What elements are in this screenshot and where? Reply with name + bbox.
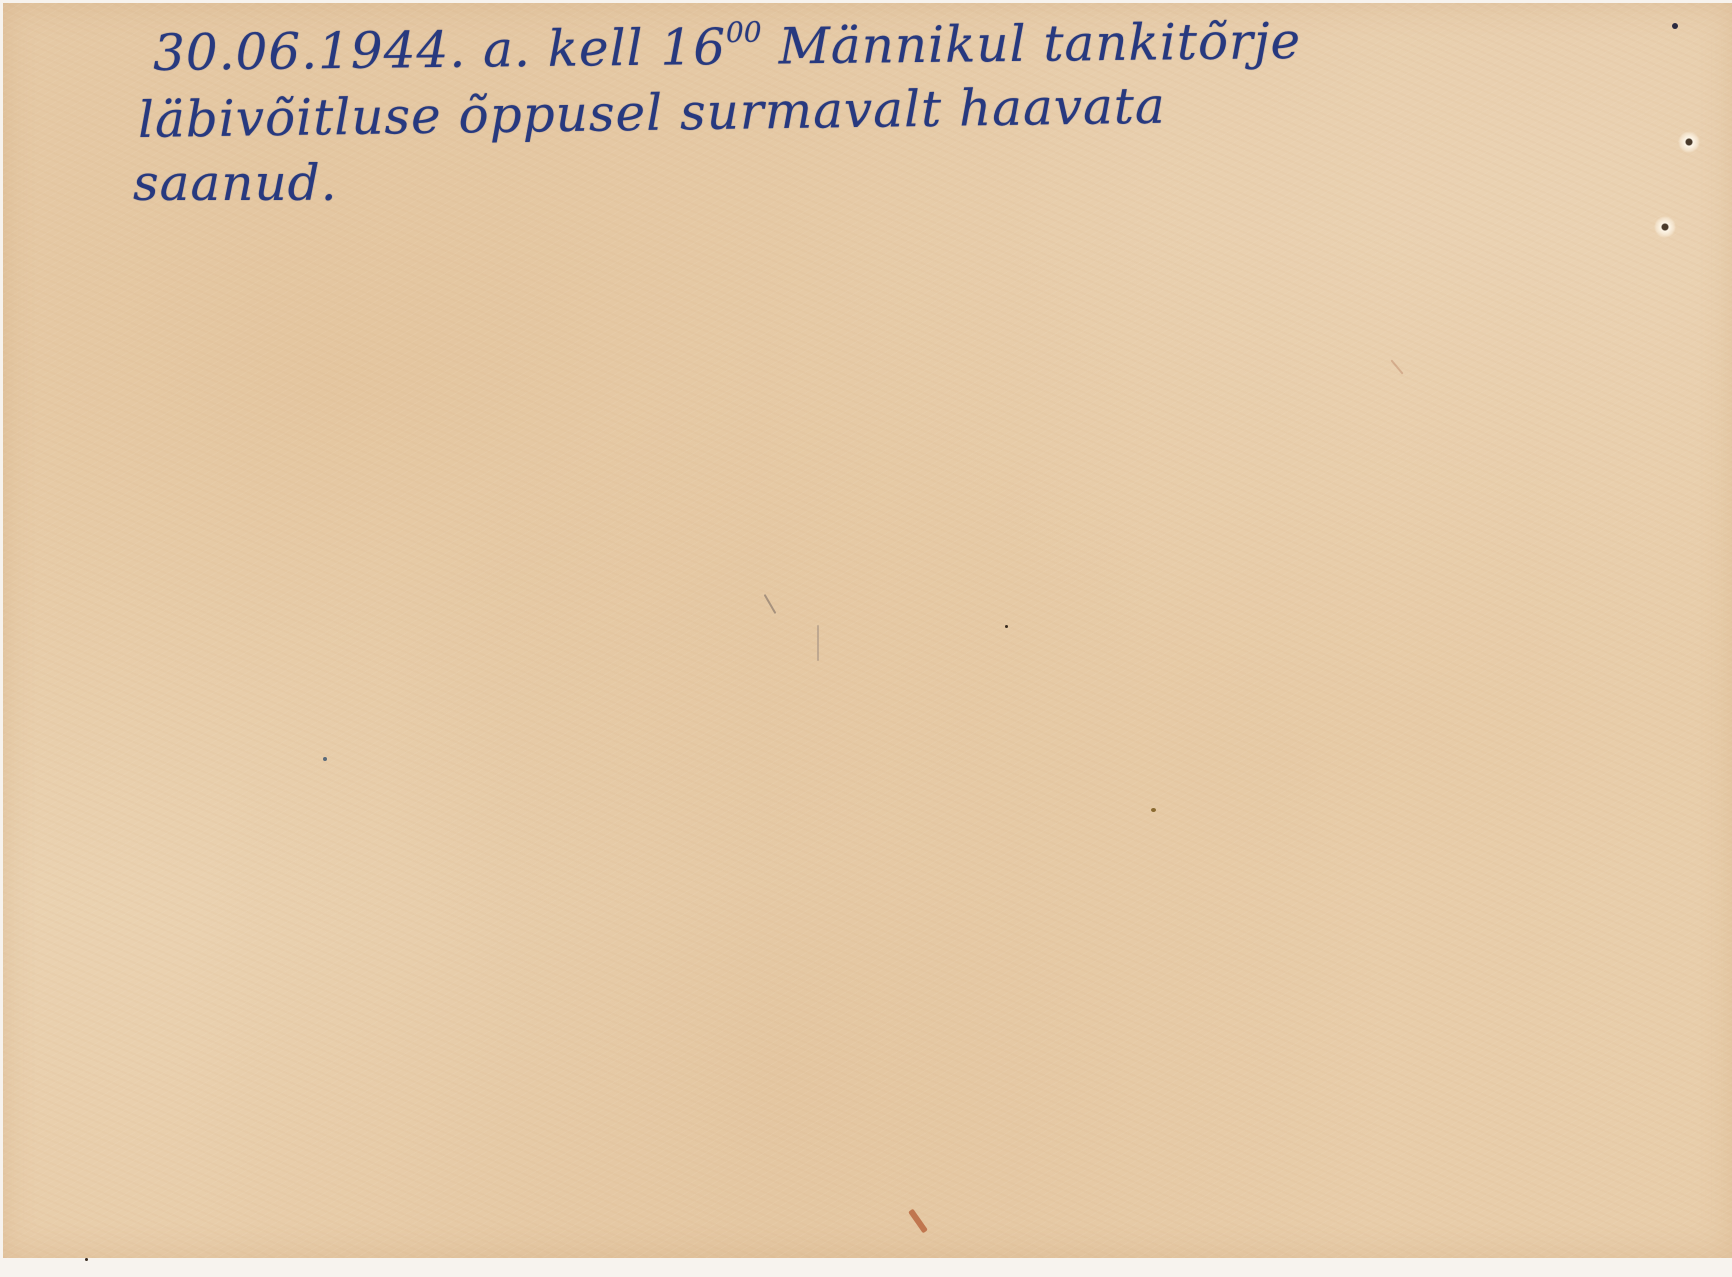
fiber-mark	[817, 625, 819, 661]
dust-dot	[323, 757, 327, 761]
handwriting-line-3: saanud.	[133, 158, 338, 208]
dust-dot	[1005, 625, 1008, 628]
location-text: Männikul tankitõrje	[778, 12, 1301, 75]
dust-dot	[1151, 808, 1156, 812]
rust-streak	[908, 1209, 928, 1234]
fiber-mark	[1390, 359, 1403, 374]
pinhole-mark	[1678, 131, 1700, 153]
pinhole-mark	[1654, 216, 1676, 238]
scanned-page: 30.06.1944. a. kell 1600 Männikul tankit…	[0, 0, 1732, 1277]
fiber-mark	[764, 594, 777, 614]
time-hour: 16	[660, 18, 726, 77]
time-word: kell	[547, 19, 643, 78]
handwriting-line-2: läbivõitluse õppusel surmavalt haavata	[138, 81, 1166, 145]
abbr-text: a.	[483, 20, 531, 78]
dust-dot	[85, 1258, 88, 1261]
aged-paper-card: 30.06.1944. a. kell 1600 Männikul tankit…	[3, 3, 1732, 1258]
handwriting-line-1: 30.06.1944. a. kell 1600 Männikul tankit…	[153, 13, 1302, 78]
date-text: 30.06.1944.	[153, 21, 467, 82]
ink-dot	[1672, 23, 1678, 29]
time-minutes: 00	[726, 16, 762, 49]
